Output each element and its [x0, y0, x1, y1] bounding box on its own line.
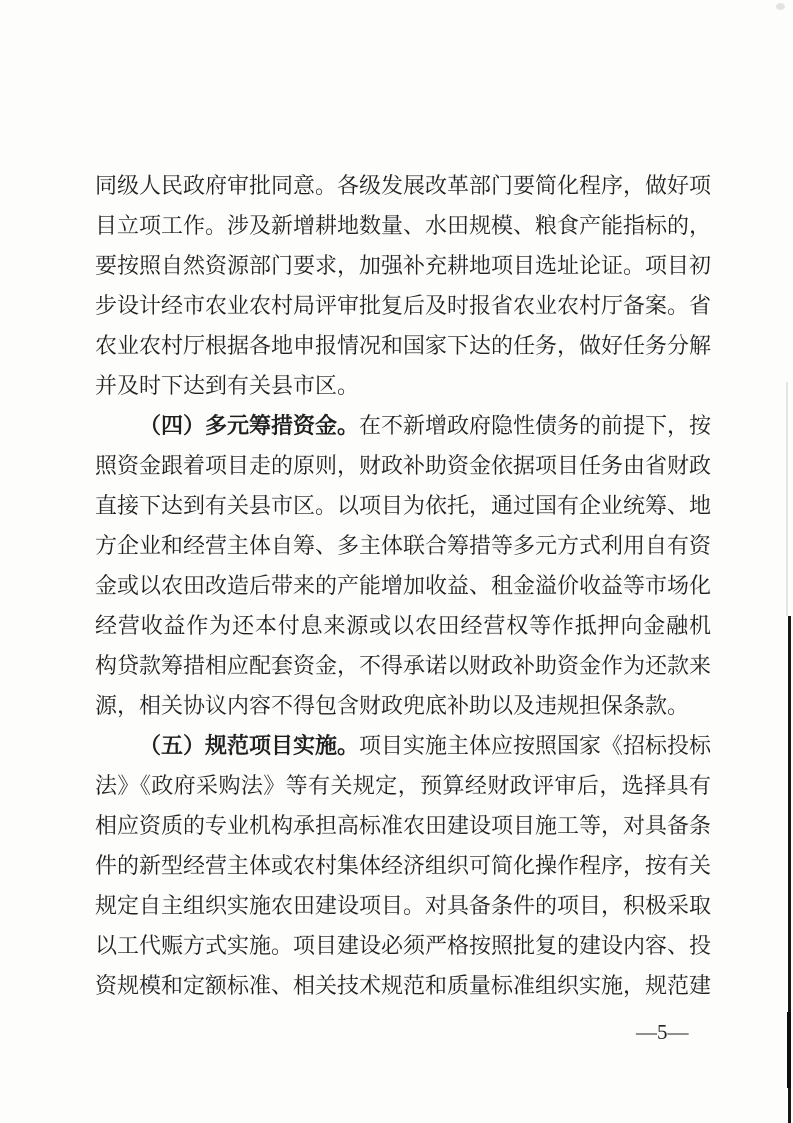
- text-line: （四）多元筹措资金。在不新增政府隐性债务的前提下，按: [95, 406, 711, 446]
- text-line: （五）规范项目实施。项目实施主体应按照国家《招标投标: [95, 726, 711, 766]
- text-segment: 方企业和经营主体自筹、多主体联合筹措等多元方式利用自有资: [95, 533, 711, 558]
- text-segment: 项目实施主体应按照国家《招标投标: [359, 733, 711, 758]
- text-line: 直接下达到有关县市区。以项目为依托，通过国有企业统筹、地: [95, 486, 711, 526]
- text-segment: 金或以农田改造后带来的产能增加收益、租金溢价收益等市场化: [95, 573, 711, 598]
- text-segment: 同级人民政府审批同意。各级发展改革部门要简化程序，做好项: [95, 173, 711, 198]
- text-segment: 相应资质的专业机构承担高标准农田建设项目施工等，对具备条: [95, 813, 711, 838]
- text-line: 方企业和经营主体自筹、多主体联合筹措等多元方式利用自有资: [95, 526, 711, 566]
- text-segment: 源，相关协议内容不得包含财政兜底补助以及违规担保条款。: [95, 693, 689, 718]
- text-line: 源，相关协议内容不得包含财政兜底补助以及违规担保条款。: [95, 686, 711, 726]
- scanned-document-page: 同级人民政府审批同意。各级发展改革部门要简化程序，做好项目立项工作。涉及新增耕地…: [0, 0, 793, 1123]
- text-line: 步设计经市农业农村局评审批复后及时报省农业农村厅备案。省: [95, 286, 711, 326]
- text-line: 照资金跟着项目走的原则，财政补助资金依据项目任务由省财政: [95, 446, 711, 486]
- text-line: 并及时下达到有关县市区。: [95, 366, 711, 406]
- scan-edge-artifact-faint: [786, 382, 788, 616]
- page-number: —5—: [636, 1020, 689, 1045]
- text-segment: 步设计经市农业农村局评审批复后及时报省农业农村厅备案。省: [95, 293, 711, 318]
- text-segment: 直接下达到有关县市区。以项目为依托，通过国有企业统筹、地: [95, 493, 711, 518]
- text-segment: 法》《政府采购法》等有关规定，预算经财政评审后，选择具有: [95, 773, 711, 798]
- text-segment: 以工代赈方式实施。项目建设必须严格按照批复的建设内容、投: [95, 933, 711, 958]
- text-line: 同级人民政府审批同意。各级发展改革部门要简化程序，做好项: [95, 166, 711, 206]
- text-segment: 农业农村厅根据各地申报情况和国家下达的任务，做好任务分解: [95, 333, 711, 358]
- text-line: 以工代赈方式实施。项目建设必须严格按照批复的建设内容、投: [95, 926, 711, 966]
- text-segment-bold: （五）规范项目实施。: [139, 733, 359, 758]
- text-line: 经营收益作为还本付息来源或以农田经营权等作抵押向金融机: [95, 606, 711, 646]
- text-line: 法》《政府采购法》等有关规定，预算经财政评审后，选择具有: [95, 766, 711, 806]
- text-line: 相应资质的专业机构承担高标准农田建设项目施工等，对具备条: [95, 806, 711, 846]
- body-text: 同级人民政府审批同意。各级发展改革部门要简化程序，做好项目立项工作。涉及新增耕地…: [95, 166, 711, 1006]
- scan-speck: [776, 3, 785, 10]
- text-line: 农业农村厅根据各地申报情况和国家下达的任务，做好任务分解: [95, 326, 711, 366]
- text-segment: 照资金跟着项目走的原则，财政补助资金依据项目任务由省财政: [95, 453, 711, 478]
- text-line: 目立项工作。涉及新增耕地数量、水田规模、粮食产能指标的，: [95, 206, 711, 246]
- text-segment: 件的新型经营主体或农村集体经济组织可简化操作程序，按有关: [95, 853, 711, 878]
- text-segment: 构贷款筹措相应配套资金，不得承诺以财政补助资金作为还款来: [95, 653, 711, 678]
- text-segment: 要按照自然资源部门要求，加强补充耕地项目选址论证。项目初: [95, 253, 711, 278]
- text-line: 要按照自然资源部门要求，加强补充耕地项目选址论证。项目初: [95, 246, 711, 286]
- text-line: 规定自主组织实施农田建设项目。对具备条件的项目，积极采取: [95, 886, 711, 926]
- text-segment: 资规模和定额标准、相关技术规范和质量标准组织实施，规范建: [95, 973, 711, 998]
- text-line: 件的新型经营主体或农村集体经济组织可简化操作程序，按有关: [95, 846, 711, 886]
- text-segment-bold: （四）多元筹措资金。: [139, 413, 359, 438]
- text-segment: 并及时下达到有关县市区。: [95, 373, 359, 398]
- text-line: 金或以农田改造后带来的产能增加收益、租金溢价收益等市场化: [95, 566, 711, 606]
- text-segment: 经营收益作为还本付息来源或以农田经营权等作抵押向金融机: [95, 613, 711, 638]
- scan-edge-artifact-thick: [787, 1012, 791, 1088]
- text-line: 构贷款筹措相应配套资金，不得承诺以财政补助资金作为还款来: [95, 646, 711, 686]
- text-segment: 在不新增政府隐性债务的前提下，按: [359, 413, 711, 438]
- text-segment: 目立项工作。涉及新增耕地数量、水田规模、粮食产能指标的，: [95, 213, 711, 238]
- text-line: 资规模和定额标准、相关技术规范和质量标准组织实施，规范建: [95, 966, 711, 1006]
- text-segment: 规定自主组织实施农田建设项目。对具备条件的项目，积极采取: [95, 893, 711, 918]
